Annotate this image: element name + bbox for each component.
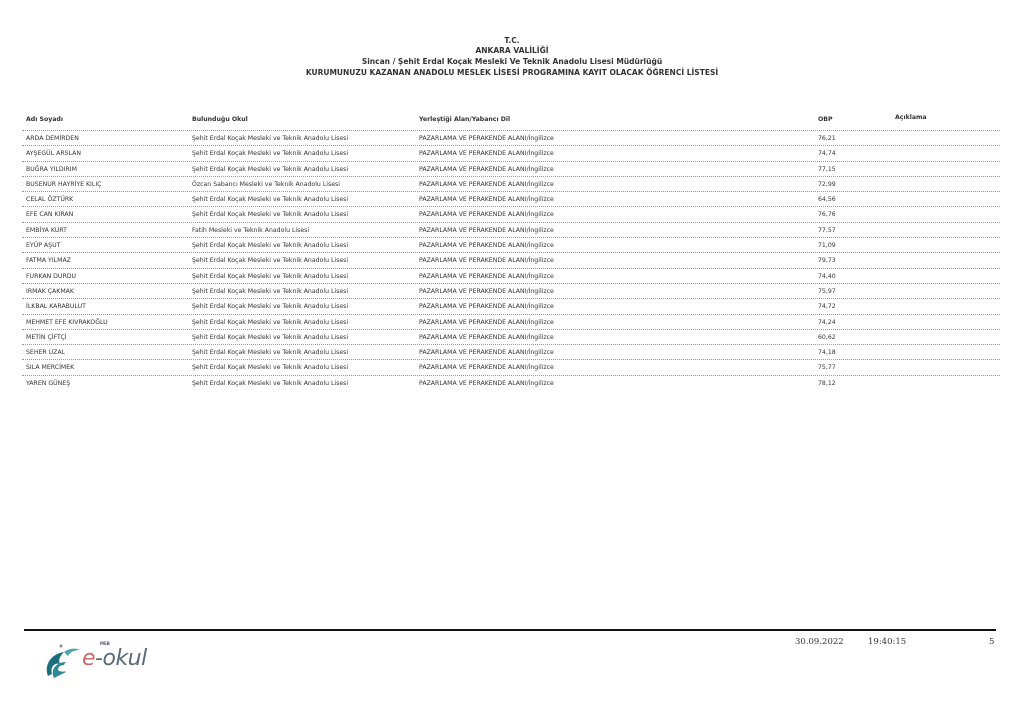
current-school: Şehit Erdal Koçak Mesleki ve Teknik Anad… [192,242,348,249]
obp-score: 74,72 [818,303,836,310]
placed-field: PAZARLAMA VE PERAKENDE ALANI/İngilizce [419,288,554,295]
footer-divider [24,629,996,631]
table-row: EMBİYA KURTFatih Mesleki ve Teknik Anado… [22,222,1000,237]
table-row: EFE CAN KIRANŞehit Erdal Koçak Mesleki v… [22,206,1000,221]
table-row: SILA MERCİMEKŞehit Erdal Koçak Mesleki v… [22,359,1000,374]
current-school: Şehit Erdal Koçak Mesleki ve Teknik Anad… [192,334,348,341]
e-okul-logo-icon [40,640,84,684]
current-school: Şehit Erdal Koçak Mesleki ve Teknik Anad… [192,319,348,326]
table-row: FURKAN DURDUŞehit Erdal Koçak Mesleki ve… [22,268,1000,283]
current-school: Şehit Erdal Koçak Mesleki ve Teknik Anad… [192,349,348,356]
placed-field: PAZARLAMA VE PERAKENDE ALANI/İngilizce [419,349,554,356]
student-name: AYŞEGÜL ARSLAN [26,150,81,157]
student-name: SILA MERCİMEK [26,364,74,371]
column-header-field: Yerleştiği Alan/Yabancı Dil [419,116,510,123]
current-school: Şehit Erdal Koçak Mesleki ve Teknik Anad… [192,364,348,371]
current-school: Şehit Erdal Koçak Mesleki ve Teknik Anad… [192,257,348,264]
obp-score: 77,15 [818,166,836,173]
obp-score: 75,77 [818,364,836,371]
current-school: Şehit Erdal Koçak Mesleki ve Teknik Anad… [192,211,348,218]
student-name: ARDA DEMİRDEN [26,135,79,142]
placed-field: PAZARLAMA VE PERAKENDE ALANI/İngilizce [419,227,554,234]
table-row: BUĞRA YILDIRIMŞehit Erdal Koçak Mesleki … [22,161,1000,176]
student-name: BUĞRA YILDIRIM [26,166,77,173]
table-row: EYÜP AŞUTŞehit Erdal Koçak Mesleki ve Te… [22,237,1000,252]
table-row: IRMAK ÇAKMAKŞehit Erdal Koçak Mesleki ve… [22,283,1000,298]
placed-field: PAZARLAMA VE PERAKENDE ALANI/İngilizce [419,181,554,188]
placed-field: PAZARLAMA VE PERAKENDE ALANI/İngilizce [419,303,554,310]
current-school: Fatih Mesleki ve Teknik Anadolu Lisesi [192,227,309,234]
placed-field: PAZARLAMA VE PERAKENDE ALANI/İngilizce [419,380,554,387]
document-title: KURUMUNUZU KAZANAN ANADOLU MESLEK LİSESİ… [0,68,1024,77]
column-header-school: Bulunduğu Okul [192,116,248,123]
current-school: Şehit Erdal Koçak Mesleki ve Teknik Anad… [192,288,348,295]
student-name: BUSENUR HAYRİYE KILIÇ [26,181,101,188]
header-school: Sincan / Şehit Erdal Koçak Mesleki Ve Te… [0,57,1024,66]
placed-field: PAZARLAMA VE PERAKENDE ALANI/İngilizce [419,364,554,371]
logo-brand-text: e-okul [82,646,147,671]
student-name: EYÜP AŞUT [26,242,60,249]
table-row: BUSENUR HAYRİYE KILIÇÖzcan Sabancı Mesle… [22,176,1000,191]
student-name: MEHMET EFE KIVRAKOĞLU [26,319,108,326]
table-row: CELAL ÖZTÜRKŞehit Erdal Koçak Mesleki ve… [22,191,1000,206]
obp-score: 64,56 [818,196,836,203]
table-row: FATMA YILMAZŞehit Erdal Koçak Mesleki ve… [22,252,1000,267]
placed-field: PAZARLAMA VE PERAKENDE ALANI/İngilizce [419,319,554,326]
student-name: FURKAN DURDU [26,273,76,280]
table-header: Adı Soyadı Bulunduğu Okul Yerleştiği Ala… [22,116,1000,130]
obp-score: 74,24 [818,319,836,326]
table-row: AYŞEGÜL ARSLANŞehit Erdal Koçak Mesleki … [22,145,1000,160]
table-row: METİN ÇİFTÇİŞehit Erdal Koçak Mesleki ve… [22,329,1000,344]
obp-score: 72,99 [818,181,836,188]
obp-score: 74,74 [818,150,836,157]
current-school: Şehit Erdal Koçak Mesleki ve Teknik Anad… [192,303,348,310]
page-number: 5 [989,637,994,647]
obp-score: 79,73 [818,257,836,264]
placed-field: PAZARLAMA VE PERAKENDE ALANI/İngilizce [419,334,554,341]
column-header-obp: OBP [818,116,833,123]
placed-field: PAZARLAMA VE PERAKENDE ALANI/İngilizce [419,196,554,203]
current-school: Şehit Erdal Koçak Mesleki ve Teknik Anad… [192,196,348,203]
obp-score: 76,76 [818,211,836,218]
placed-field: PAZARLAMA VE PERAKENDE ALANI/İngilizce [419,257,554,264]
table-row: YAREN GÜNEŞŞehit Erdal Koçak Mesleki ve … [22,375,1000,390]
current-school: Şehit Erdal Koçak Mesleki ve Teknik Anad… [192,380,348,387]
obp-score: 75,97 [818,288,836,295]
placed-field: PAZARLAMA VE PERAKENDE ALANI/İngilizce [419,166,554,173]
placed-field: PAZARLAMA VE PERAKENDE ALANI/İngilizce [419,150,554,157]
student-name: YAREN GÜNEŞ [26,380,70,387]
placed-field: PAZARLAMA VE PERAKENDE ALANI/İngilizce [419,273,554,280]
footer-date: 30.09.2022 [795,637,844,647]
table-row: MEHMET EFE KIVRAKOĞLUŞehit Erdal Koçak M… [22,314,1000,329]
student-name: CELAL ÖZTÜRK [26,196,73,203]
column-header-name: Adı Soyadı [26,116,63,123]
student-name: SEHER UZAL [26,349,65,356]
table-row: İLKBAL KARABULUTŞehit Erdal Koçak Meslek… [22,298,1000,313]
current-school: Şehit Erdal Koçak Mesleki ve Teknik Anad… [192,135,348,142]
student-list-table: Adı Soyadı Bulunduğu Okul Yerleştiği Ala… [22,116,1000,390]
current-school: Şehit Erdal Koçak Mesleki ve Teknik Anad… [192,273,348,280]
student-name: İLKBAL KARABULUT [26,303,86,310]
obp-score: 74,40 [818,273,836,280]
student-name: EFE CAN KIRAN [26,211,73,218]
placed-field: PAZARLAMA VE PERAKENDE ALANI/İngilizce [419,135,554,142]
student-name: METİN ÇİFTÇİ [26,334,67,341]
placed-field: PAZARLAMA VE PERAKENDE ALANI/İngilizce [419,211,554,218]
student-name: IRMAK ÇAKMAK [26,288,74,295]
obp-score: 60,62 [818,334,836,341]
table-row: SEHER UZALŞehit Erdal Koçak Mesleki ve T… [22,344,1000,359]
table-body: ARDA DEMİRDENŞehit Erdal Koçak Mesleki v… [22,130,1000,390]
obp-score: 76,21 [818,135,836,142]
student-name: FATMA YILMAZ [26,257,71,264]
student-name: EMBİYA KURT [26,227,67,234]
header-tc: T.C. [0,36,1024,45]
current-school: Özcan Sabancı Mesleki ve Teknik Anadolu … [192,181,340,188]
obp-score: 77,57 [818,227,836,234]
current-school: Şehit Erdal Koçak Mesleki ve Teknik Anad… [192,150,348,157]
header-governorship: ANKARA VALİLİĞİ [0,46,1024,55]
table-row: ARDA DEMİRDENŞehit Erdal Koçak Mesleki v… [22,130,1000,145]
obp-score: 78,12 [818,380,836,387]
footer-time: 19:40:15 [868,637,906,647]
e-okul-logo: MEB e-okul [40,640,150,684]
obp-score: 71,09 [818,242,836,249]
current-school: Şehit Erdal Koçak Mesleki ve Teknik Anad… [192,166,348,173]
column-header-description: Açıklama [895,114,927,121]
obp-score: 74,18 [818,349,836,356]
placed-field: PAZARLAMA VE PERAKENDE ALANI/İngilizce [419,242,554,249]
